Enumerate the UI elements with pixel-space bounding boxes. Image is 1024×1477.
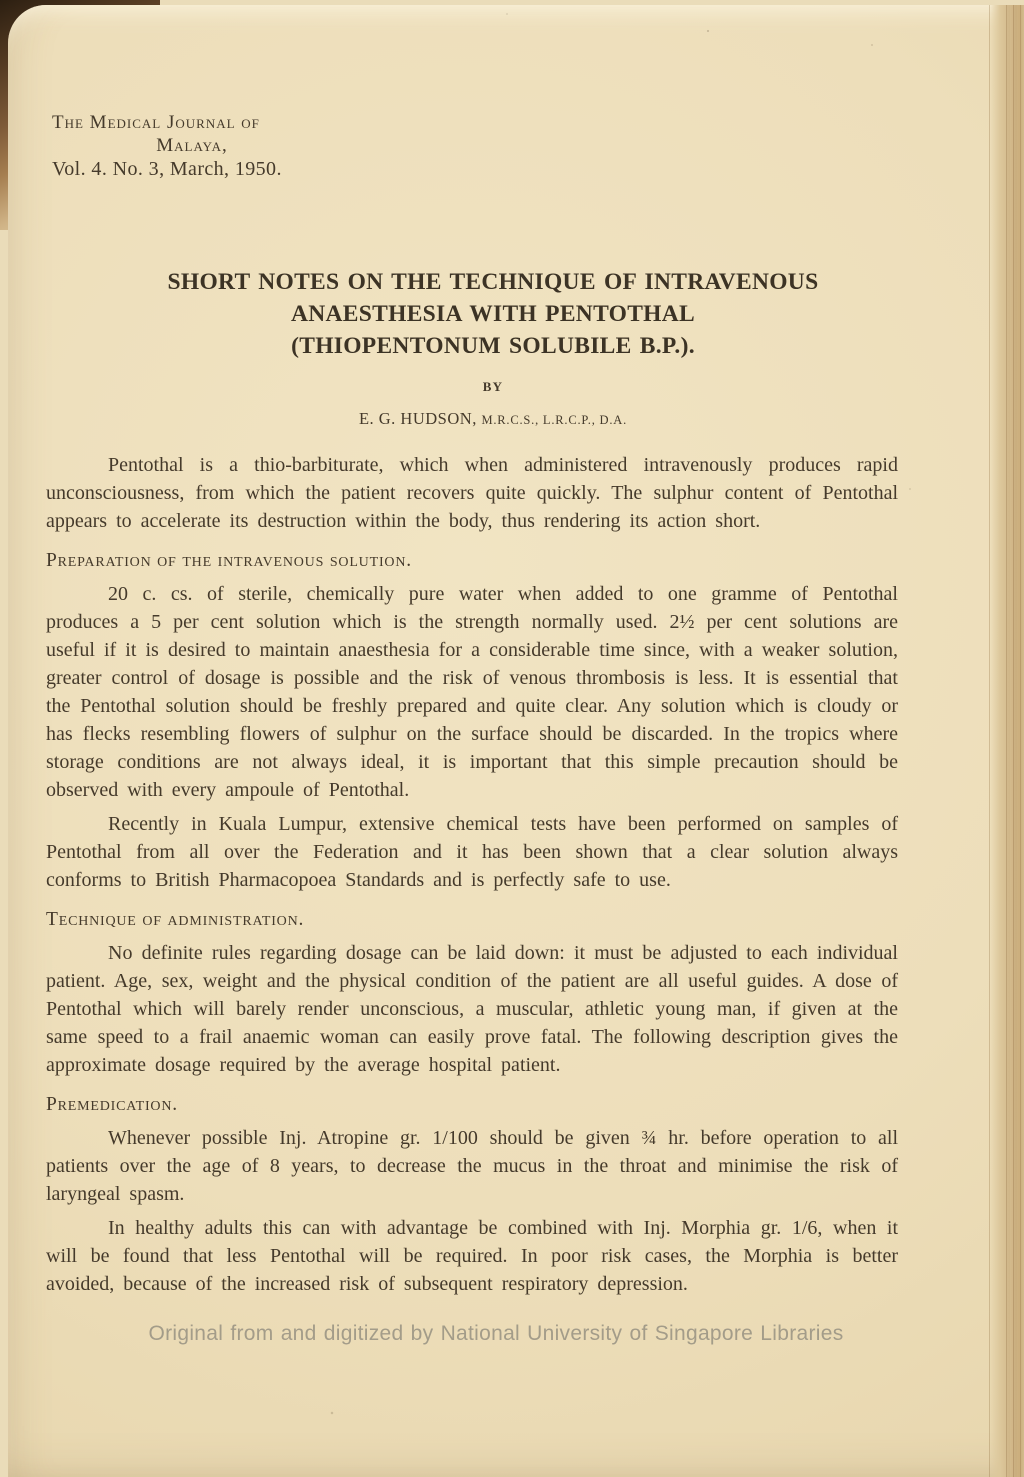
page-stack-edges bbox=[989, 5, 1024, 1477]
article-title-line-1: SHORT NOTES ON THE TECHNIQUE OF INTRAVEN… bbox=[168, 269, 819, 295]
journal-name-line2: Malaya, bbox=[52, 134, 332, 157]
section-heading-technique: Technique of administration. bbox=[46, 907, 898, 933]
author-credentials: M.R.C.S., L.R.C.P., D.A. bbox=[481, 413, 627, 427]
section-heading-preparation: Preparation of the intravenous solution. bbox=[46, 548, 898, 574]
scanned-journal-page: The Medical Journal of Malaya, Vol. 4. N… bbox=[0, 0, 1024, 1477]
body-paragraph: In healthy adults this can with advantag… bbox=[46, 1214, 898, 1298]
journal-name-line1: The Medical Journal of bbox=[52, 111, 332, 134]
page: The Medical Journal of Malaya, Vol. 4. N… bbox=[8, 5, 1024, 1477]
intro-paragraph: Pentothal is a thio-barbiturate, which w… bbox=[46, 451, 898, 535]
body-paragraph: Whenever possible Inj. Atropine gr. 1/10… bbox=[46, 1124, 898, 1208]
journal-volume-line: Vol. 4. No. 3, March, 1950. bbox=[52, 157, 332, 182]
section-heading-premedication: Premedication. bbox=[46, 1092, 898, 1118]
author-name: E. G. HUDSON, bbox=[359, 409, 477, 428]
body-paragraph: 20 c. cs. of sterile, chemically pure wa… bbox=[46, 580, 898, 804]
body-paragraph: No definite rules regarding dosage can b… bbox=[46, 939, 898, 1079]
digitization-attribution: Original from and digitized by National … bbox=[8, 1322, 1024, 1346]
article-title-line-3: (THIOPENTONUM SOLUBILE B.P.). bbox=[291, 333, 695, 359]
journal-masthead: The Medical Journal of Malaya, Vol. 4. N… bbox=[52, 111, 332, 182]
article-body: Pentothal is a thio-barbiturate, which w… bbox=[46, 451, 898, 1298]
author-line: E. G. HUDSON, M.R.C.S., L.R.C.P., D.A. bbox=[8, 409, 978, 429]
article-title-line-2: ANAESTHESIA WITH PENTOTHAL bbox=[291, 301, 695, 327]
article-title: SHORT NOTES ON THE TECHNIQUE OF INTRAVEN… bbox=[8, 266, 978, 362]
byline-label: BY bbox=[8, 379, 978, 395]
article-title-block: SHORT NOTES ON THE TECHNIQUE OF INTRAVEN… bbox=[8, 266, 1024, 429]
body-paragraph: Recently in Kuala Lumpur, extensive chem… bbox=[46, 810, 898, 894]
